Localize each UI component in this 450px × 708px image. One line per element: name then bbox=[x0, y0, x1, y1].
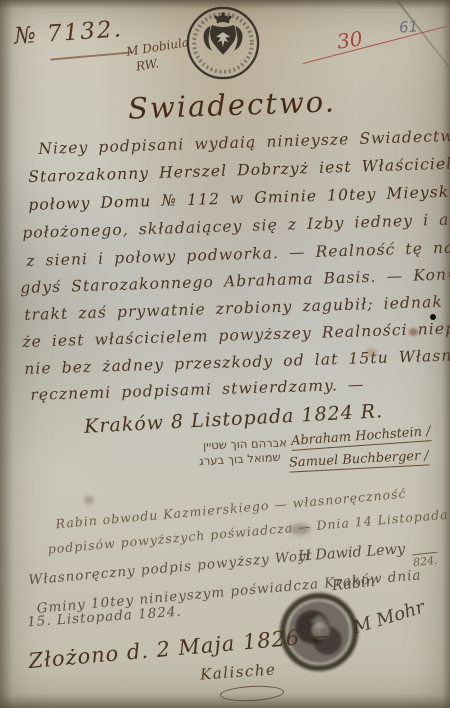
rabbi-signature: H Dawid Lewy bbox=[298, 541, 406, 564]
body-line: Starozakonny Herszel Dobrzyż iest Właści… bbox=[28, 154, 450, 186]
wojt-signature: M Mohr bbox=[351, 597, 428, 639]
body-line: ręcznemi podpisami stwierdzamy. — bbox=[30, 375, 365, 403]
body-line: że iest właścicielem powyższey Realności… bbox=[22, 317, 450, 351]
paper-stain bbox=[430, 314, 436, 320]
paper-stain bbox=[409, 328, 418, 336]
body-line: połowy Domu № 112 w Gminie 10tey Mieyski… bbox=[28, 182, 450, 214]
paper-stain bbox=[290, 524, 310, 535]
body-line: położonego, składaiącey się z Izby iedne… bbox=[22, 209, 450, 242]
body-line: z sieni i połowy podworka. — Realność tę… bbox=[26, 235, 450, 270]
witness-signature-second: Samuel Buchberger / bbox=[289, 448, 430, 472]
body-line: nie bez żadney przeszkody od lat 15tu Wł… bbox=[24, 346, 450, 378]
red-stroke-line bbox=[303, 26, 448, 65]
manuscript-page: № 7132. M Dobiula RW. 61 30 Swiade bbox=[0, 0, 450, 708]
hebrew-signature-line2: שמואל בוך בערג bbox=[199, 450, 281, 468]
paper-stain bbox=[84, 496, 94, 504]
document-title: Swiadectwo. bbox=[127, 84, 336, 125]
paper-stain bbox=[366, 348, 377, 357]
paper-edge-shadow-left bbox=[0, 0, 13, 708]
crowned-eagle-seal-icon bbox=[184, 4, 262, 86]
witness-signature-first: Abraham Hochstein / bbox=[291, 424, 432, 451]
body-line: trakt zaś prywatnie zrobiony zagubił; ie… bbox=[24, 293, 443, 324]
clerk-signature-line2: RW. bbox=[135, 56, 160, 73]
body-line: Nizey podpisani wydaią ninieysze Swiadec… bbox=[38, 126, 450, 158]
registry-number-flourish bbox=[50, 51, 132, 60]
registry-number: № 7132. bbox=[13, 16, 123, 50]
body-line: gdyś Starozakonnego Abrahama Basis. — Ko… bbox=[20, 265, 450, 297]
filing-signature: Kalische bbox=[199, 660, 276, 683]
